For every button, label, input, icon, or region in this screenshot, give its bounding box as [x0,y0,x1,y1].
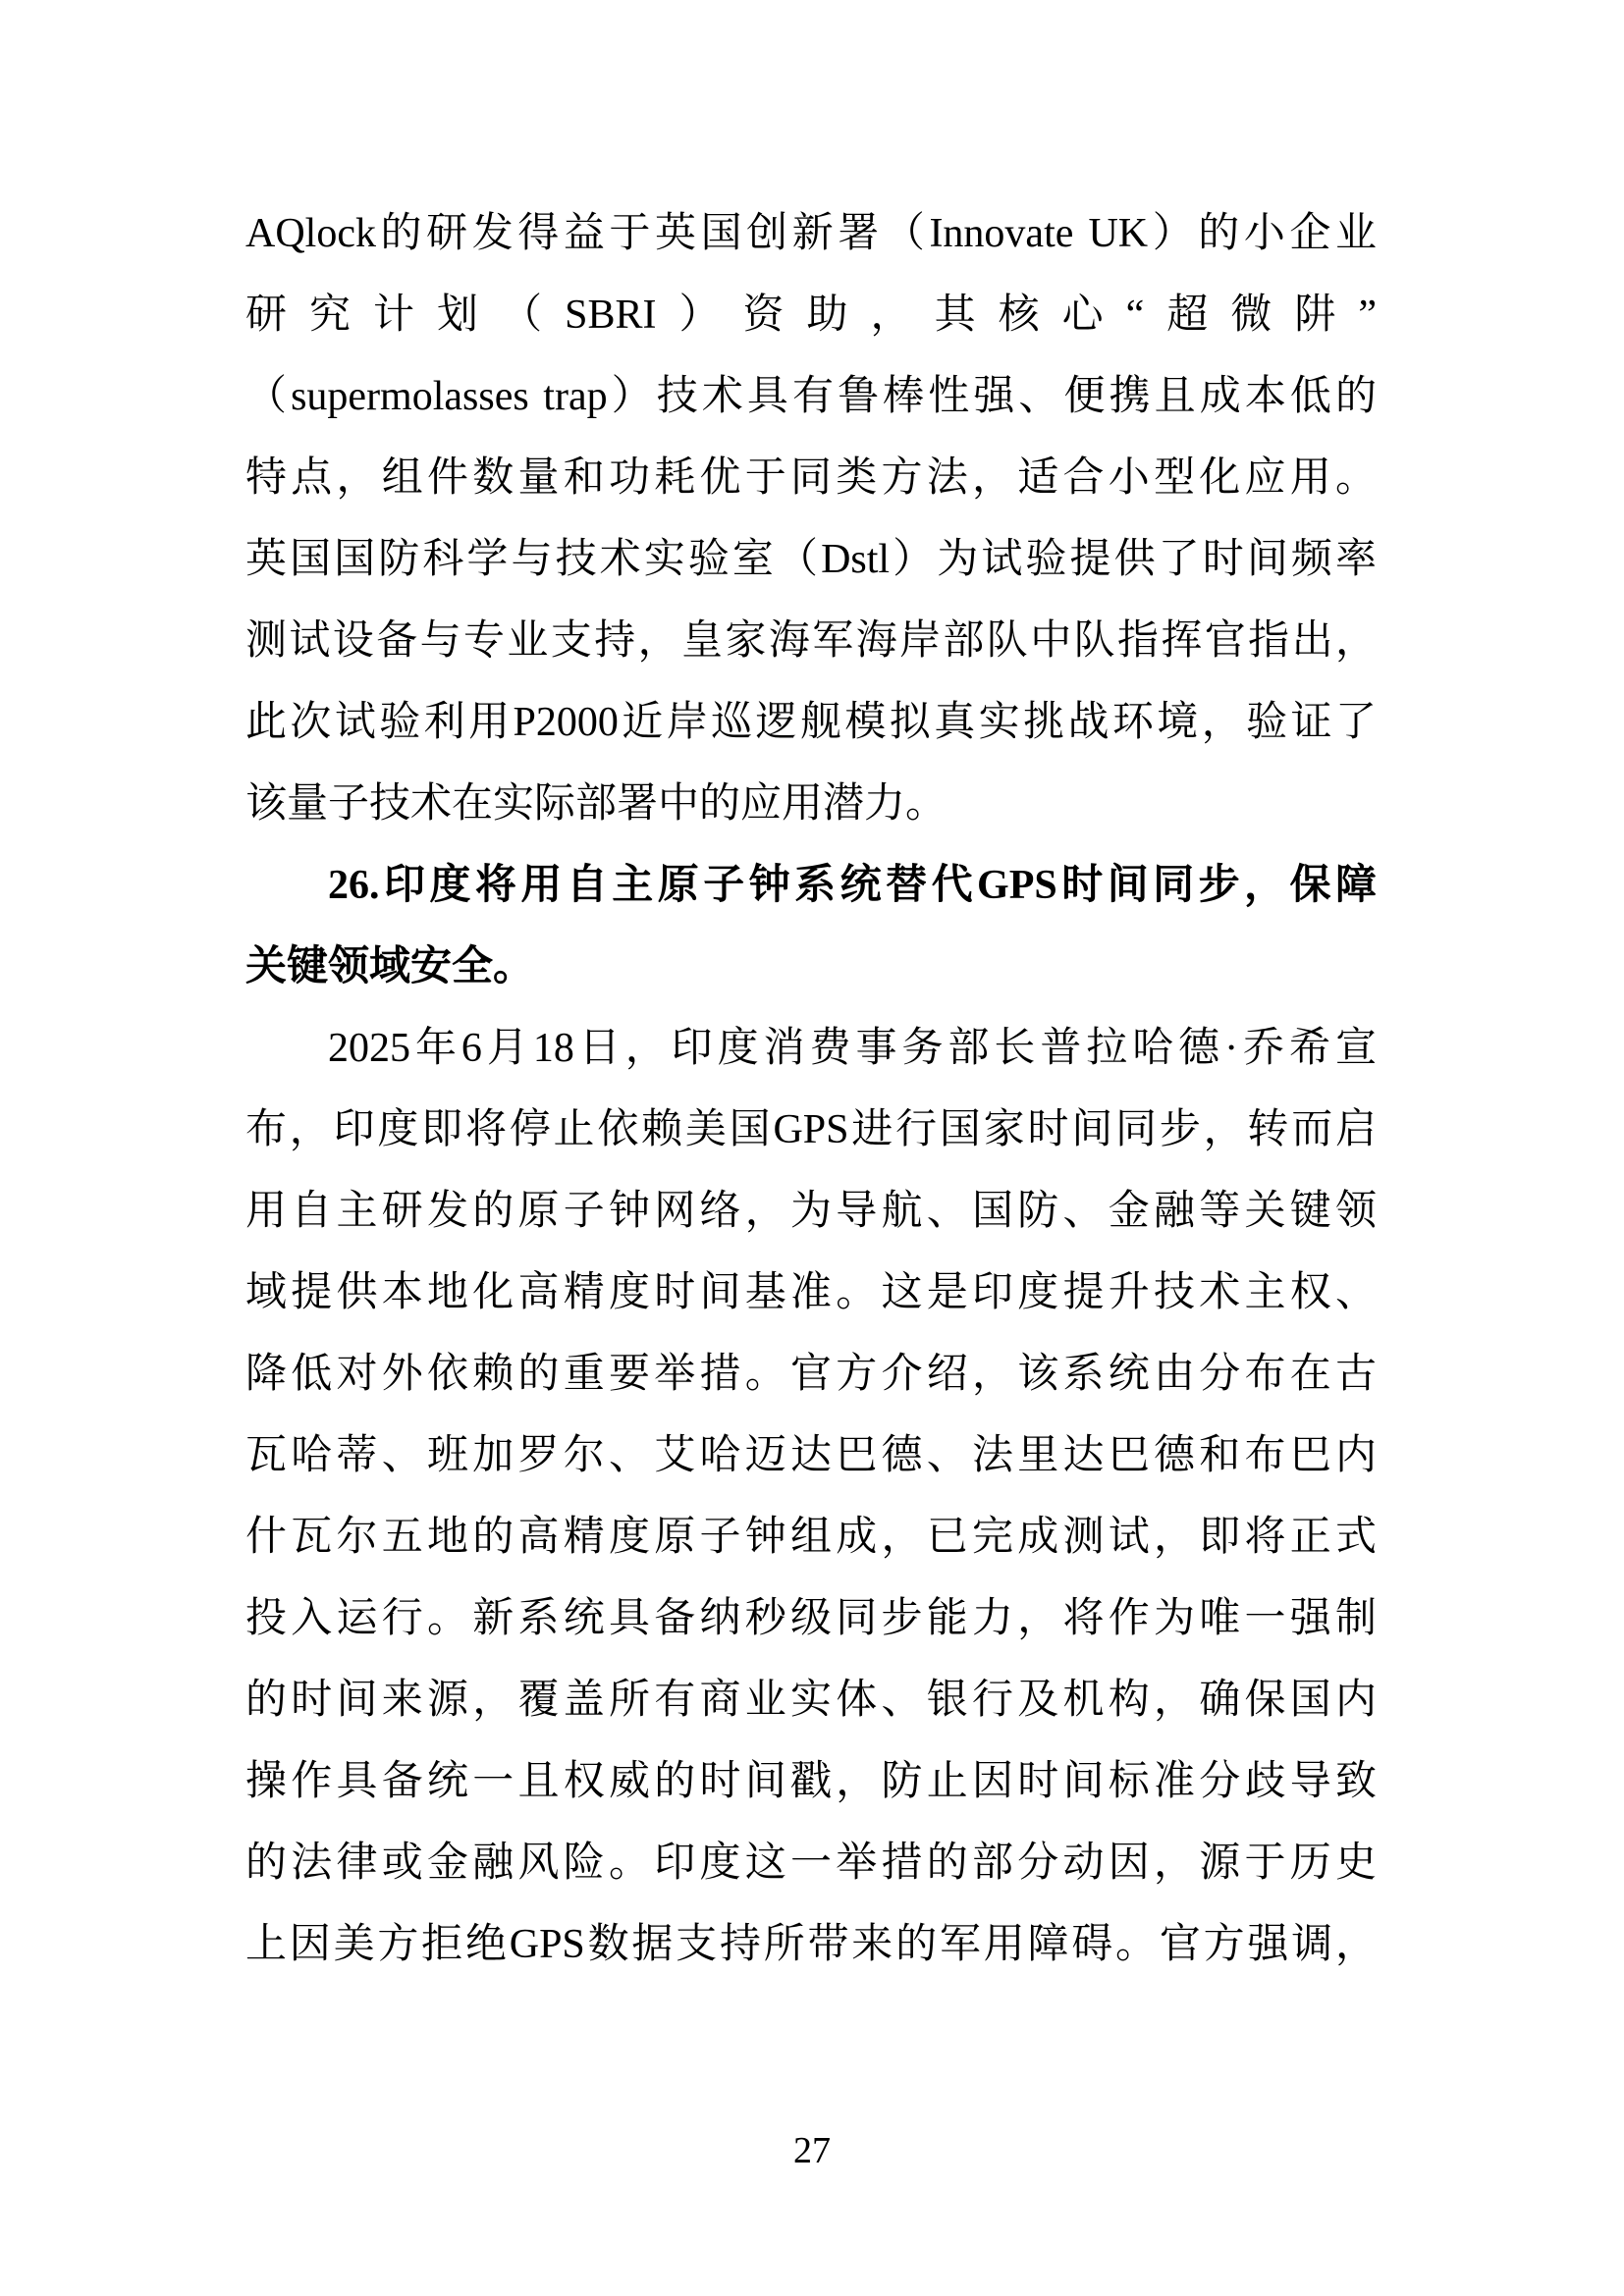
text-line: 操作具备统一且权威的时间戳，防止因时间标准分歧导致 [245,1741,1377,1823]
text-line: 布，印度即将停止依赖美国GPS进行国家时间同步，转而启 [245,1090,1377,1171]
text-line: 的法律或金融风险。印度这一举措的部分动因，源于历史 [245,1823,1377,1904]
text-line: 此次试验利用P2000近岸巡逻舰模拟真实挑战环境，验证了 [245,682,1377,764]
text-line: 域提供本地化高精度时间基准。这是印度提升技术主权、 [245,1253,1377,1334]
text-line: 特点，组件数量和功耗优于同类方法，适合小型化应用。 [245,438,1377,519]
text-line: 英国国防科学与技术实验室（Dstl）为试验提供了时间频率 [245,519,1377,601]
page-footer: 27 [0,2128,1624,2173]
heading-line: 关键领域安全。 [245,927,1377,1008]
text-line: 降低对外依赖的重要举措。官方介绍，该系统由分布在古 [245,1334,1377,1415]
text-line: 用自主研发的原子钟网络，为导航、国防、金融等关键领 [245,1171,1377,1253]
page-number: 27 [793,2130,831,2171]
text-line: 研究计划（SBRI）资助，其核心“超微阱” [245,275,1377,356]
text-line: 瓦哈蒂、班加罗尔、艾哈迈达巴德、法里达巴德和布巴内 [245,1415,1377,1497]
paragraph-aqlock: AQlock的研发得益于英国创新署（Innovate UK）的小企业 研究计划（… [245,193,1377,845]
text-line: （supermolasses trap）技术具有鲁棒性强、便携且成本低的 [245,356,1377,438]
text-line: 测试设备与专业支持，皇家海军海岸部队中队指挥官指出， [245,601,1377,682]
heading-item-26: 26.印度将用自主原子钟系统替代GPS时间同步，保障 关键领域安全。 [245,845,1377,1008]
text-line: 2025年6月18日，印度消费事务部长普拉哈德·乔希宣 [245,1008,1377,1090]
paragraph-india-atomic-clock: 2025年6月18日，印度消费事务部长普拉哈德·乔希宣 布，印度即将停止依赖美国… [245,1008,1377,1986]
heading-line: 26.印度将用自主原子钟系统替代GPS时间同步，保障 [245,845,1377,927]
text-line: 的时间来源，覆盖所有商业实体、银行及机构，确保国内 [245,1660,1377,1741]
text-block: AQlock的研发得益于英国创新署（Innovate UK）的小企业 研究计划（… [245,193,1377,1986]
text-line: 什瓦尔五地的高精度原子钟组成，已完成测试，即将正式 [245,1497,1377,1578]
document-page: AQlock的研发得益于英国创新署（Innovate UK）的小企业 研究计划（… [0,0,1624,2296]
text-line: 投入运行。新系统具备纳秒级同步能力，将作为唯一强制 [245,1578,1377,1660]
text-line: 上因美方拒绝GPS数据支持所带来的军用障碍。官方强调， [245,1904,1377,1986]
text-line: 该量子技术在实际部署中的应用潜力。 [245,764,1377,845]
text-line: AQlock的研发得益于英国创新署（Innovate UK）的小企业 [245,193,1377,275]
